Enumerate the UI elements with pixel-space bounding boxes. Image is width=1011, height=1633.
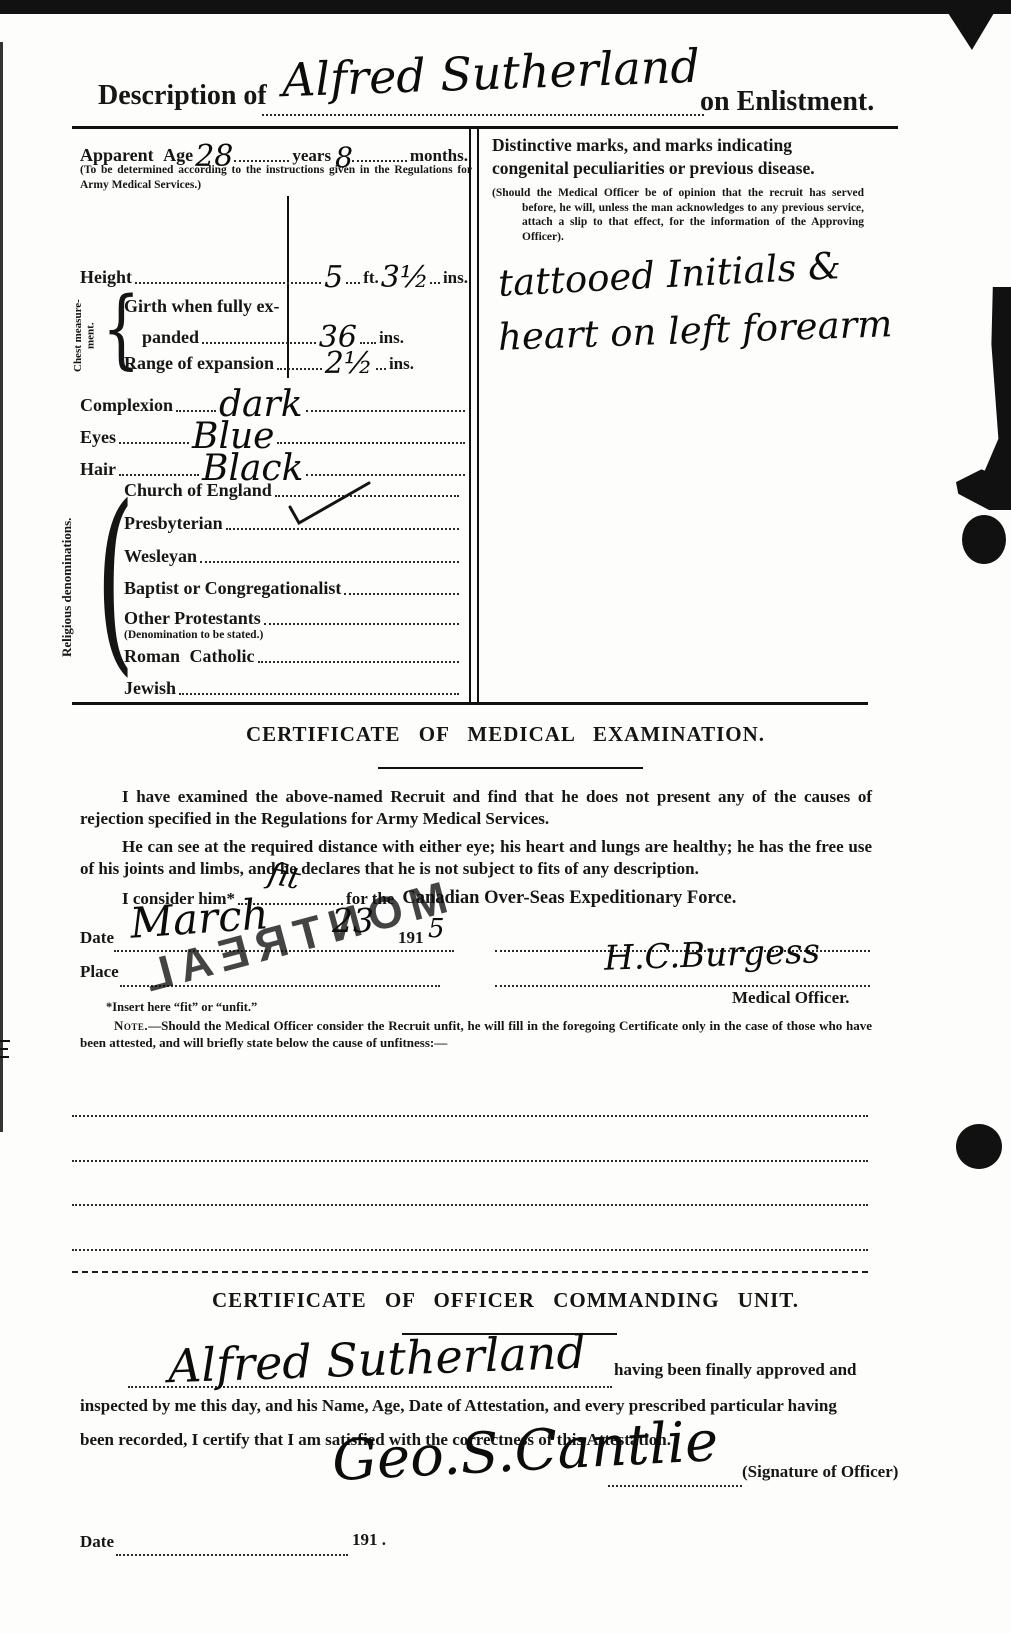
religion-row: Other Protestants (124, 608, 462, 629)
girth-label-line1: Girth when fully ex- (124, 296, 280, 317)
consider-value-handwritten: fit (265, 859, 303, 895)
religion-label: Baptist or Congregationalist (124, 578, 341, 599)
table-column-divider (469, 126, 479, 705)
inches-unit: ins. (443, 268, 468, 288)
officer-signature-label: (Signature of Officer) (742, 1462, 898, 1482)
page-title-prefix: Description of (98, 80, 267, 112)
distinctive-marks-heading: Distinctive marks, and marks indicating … (492, 134, 870, 180)
expansion-unit: ins. (389, 354, 414, 374)
height-feet-value: 5 (324, 263, 343, 293)
religion-row: Baptist or Congregationalist (124, 578, 462, 599)
dotted-leader (179, 691, 459, 695)
expansion-row: Range of expansion 2½ ins. (124, 344, 414, 374)
religion-row: Roman Catholic (124, 646, 462, 667)
medical-certificate-heading: CERTIFICATE OF MEDICAL EXAMINATION. (0, 722, 1011, 747)
note-label: Note. (114, 1018, 148, 1033)
dotted-leader (376, 366, 386, 370)
hair-row: Hair Black (80, 444, 468, 480)
dotted-leader (264, 621, 459, 625)
expansion-label: Range of expansion (124, 353, 274, 374)
blank-line (72, 1158, 868, 1162)
dotted-leader (352, 158, 407, 162)
page-title-suffix: on Enlistment. (700, 86, 874, 118)
dotted-leader (346, 280, 360, 284)
religion-label: Church of England (124, 480, 272, 501)
signature-line-medical (495, 983, 870, 987)
dotted-leader (258, 659, 460, 663)
religion-label: Wesleyan (124, 546, 197, 567)
medical-paragraph-1: I have examined the above-named Recruit … (80, 786, 872, 831)
checkmark-icon (282, 477, 374, 529)
blank-line (72, 1247, 868, 1251)
religion-label: Jewish (124, 678, 176, 699)
scanned-attestation-form: Description of Alfred Sutherland on Enli… (0, 0, 1011, 1633)
religion-row: Jewish (124, 678, 462, 699)
religion-label: Other Protestants (124, 608, 261, 629)
religion-row-note: (Denomination to be stated.) (124, 628, 263, 643)
dotted-leader (200, 559, 459, 563)
feet-unit: ft. (363, 268, 379, 288)
scan-right-blob (983, 287, 1011, 492)
dotted-leader (344, 591, 459, 595)
religion-row: Wesleyan (124, 546, 462, 567)
medical-officer-signature: H.C.Burgess (603, 934, 820, 976)
scan-hole-mark-top (962, 515, 1006, 564)
note-body: —Should the Medical Officer consider the… (80, 1018, 872, 1050)
officer-name-handwritten: Alfred Sutherland (167, 1329, 586, 1390)
bottom-date-line (116, 1552, 348, 1556)
expansion-value: 2½ (325, 349, 373, 379)
height-inches-value: 3½ (381, 263, 429, 293)
distinctive-marks-note: (Should the Medical Officer be of opinio… (492, 186, 864, 245)
apparent-age-row: Apparent Age 28 years 8 months. (80, 136, 468, 166)
officer-signature-line (608, 1483, 742, 1487)
section-divider (378, 767, 643, 769)
scan-left-ticks (0, 1040, 10, 1058)
blank-line (72, 1202, 868, 1206)
bottom-date-year: 191 . (352, 1530, 386, 1550)
blank-line (72, 1113, 868, 1117)
fit-footnote: *Insert here “fit” or “unfit.” (106, 1000, 257, 1015)
officer-signature: Geo.S.Cantlie (331, 1414, 720, 1490)
dotted-leader (135, 280, 321, 284)
religion-label: Presbyterian (124, 513, 223, 534)
medical-officer-label: Medical Officer. (732, 988, 849, 1008)
title-dotted-line (262, 112, 704, 116)
dotted-leader (430, 280, 440, 284)
dotted-leader (277, 366, 322, 370)
scan-hole-mark-bottom (956, 1124, 1002, 1169)
officer-line2: inspected by me this day, and his Name, … (80, 1396, 880, 1416)
officer-line1-suffix: having been finally approved and (614, 1360, 856, 1380)
table-top-rule (72, 126, 898, 129)
dotted-leader (306, 472, 465, 476)
complexion-row: Complexion dark (80, 380, 468, 416)
officer-certificate-heading: CERTIFICATE OF OFFICER COMMANDING UNIT. (0, 1288, 1011, 1313)
section-end-rule (72, 1271, 868, 1273)
recruit-name-handwritten: Alfred Sutherland (281, 43, 700, 104)
scan-corner-wedge (948, 13, 994, 50)
dotted-leader (234, 158, 289, 162)
distinctive-marks-entry-line2: heart on left forearm (497, 305, 892, 356)
bottom-date-label: Date (80, 1532, 114, 1552)
unfitness-note: Note.—Should the Medical Officer conside… (80, 1018, 872, 1052)
scan-top-band (0, 0, 1011, 14)
scan-left-edge-line (0, 42, 3, 1132)
apparent-age-note: (To be determined according to the instr… (80, 163, 472, 192)
eyes-row: Eyes Blue (80, 412, 468, 448)
distinctive-marks-entry-line1: tattooed Initials & (497, 247, 842, 302)
medical-date-label: Date (80, 928, 114, 948)
religion-label: Roman Catholic (124, 646, 255, 667)
